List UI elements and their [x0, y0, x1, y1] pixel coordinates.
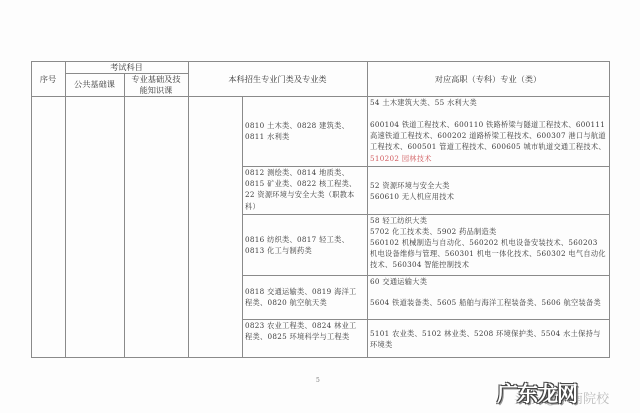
row2-undergrad: 0812 测绘类、0814 地质类、0815 矿业类、0822 核工程类、22 …	[245, 167, 363, 212]
row4-vocational-classes: 5604 铁道装备类、5605 船舶与海洋工程装备类、5606 航空装备类	[370, 297, 607, 308]
row3-vocational-class: 5702 化工技术类、5902 药品制造类	[370, 226, 607, 237]
watermark-logo: 广东龙网	[497, 378, 577, 408]
page-number: 5	[316, 377, 320, 384]
header-public-basic: 公共基础课	[65, 79, 124, 90]
row5-undergrad: 0823 农业工程类、0824 林业工程类、0825 环境科学与工程类	[245, 320, 363, 342]
row1-vocational-majors-text: 600104 铁道工程技术、600110 铁路桥梁与隧道工程技术、600111 …	[370, 120, 606, 151]
col-divider-public	[124, 73, 125, 358]
header-undergrad-category: 本科招生专业门类及专业类	[188, 74, 367, 85]
header-seq: 序号	[31, 74, 65, 85]
col-divider-undergrad	[242, 96, 243, 358]
header-professional-basic-1: 专业基础及技	[124, 74, 188, 85]
row1-undergrad: 0810 土木类、0828 建筑类、0811 水利类	[245, 120, 363, 142]
row1-vocational-majors: 600104 铁道工程技术、600110 铁路桥梁与隧道工程技术、600111 …	[370, 119, 607, 164]
header-professional-basic-2: 能知识课	[124, 85, 188, 96]
row4-undergrad: 0818 交通运输类、0819 海洋工程类、0820 航空航天类	[245, 286, 363, 308]
row2-vocational-group: 52 资源环境与安全大类	[370, 180, 607, 191]
col-divider-seq	[65, 61, 66, 358]
table-left-border	[31, 61, 32, 358]
col-divider-vocational	[367, 61, 368, 358]
col-divider-professional	[188, 61, 189, 358]
row1-highlight-major: 510202 园林技术	[370, 154, 432, 163]
row3-vocational-majors: 560102 机械制造与自动化、560202 机电设备安装技术、560203 机…	[370, 237, 607, 271]
row3-vocational-group: 58 轻工纺织大类	[370, 215, 607, 226]
document-page: 序号 考试科目 公共基础课 专业基础及技 能知识课 本科招生专业门类及专业类 对…	[0, 0, 640, 413]
table-bottom-border	[31, 357, 610, 358]
row2-vocational-major: 560610 无人机应用技术	[370, 191, 607, 202]
header-vocational-major: 对应高职（专科）专业（类）	[367, 74, 609, 85]
row3-undergrad: 0816 纺织类、0817 轻工类、0813 化工与制药类	[245, 234, 363, 256]
row1-vocational-group: 54 土木建筑大类、55 水利大类	[370, 97, 607, 108]
row5-vocational-classes: 5101 农业类、5102 林业类、5208 环境保护类、5504 水土保持与环…	[370, 328, 607, 350]
row4-vocational-group: 60 交通运输大类	[370, 276, 607, 287]
table-right-border	[609, 61, 610, 358]
header-exam-subjects: 考试科目	[65, 62, 188, 73]
